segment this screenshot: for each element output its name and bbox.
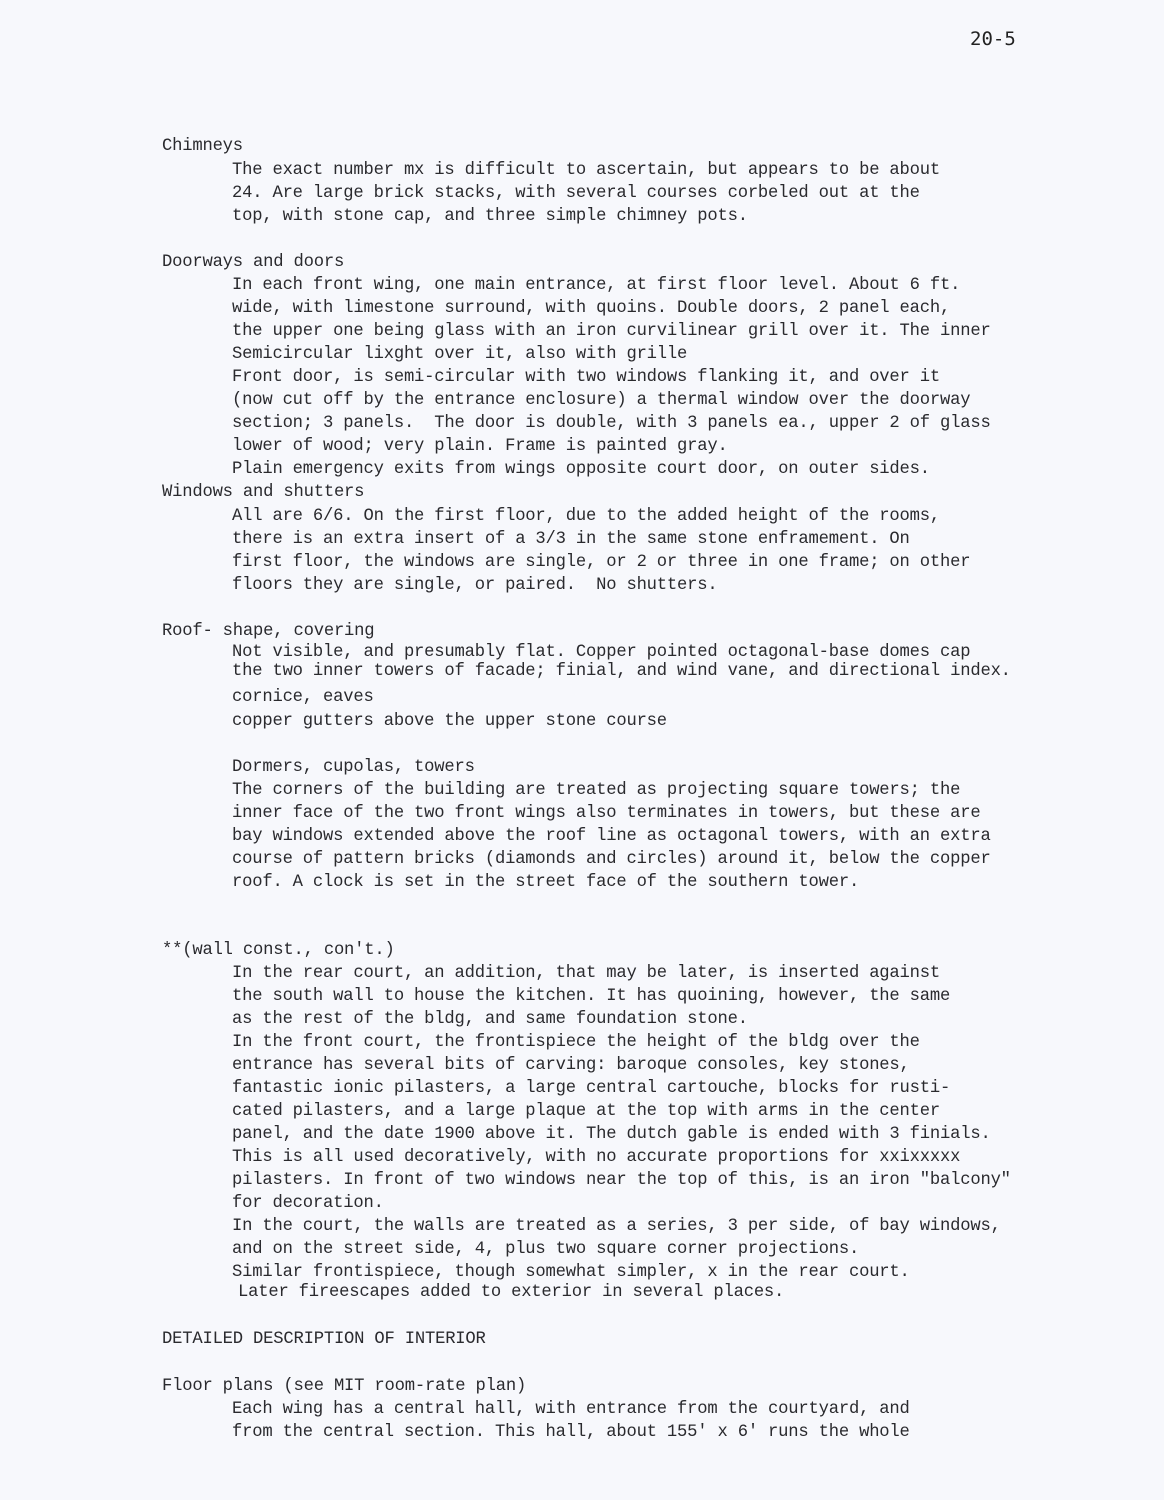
- section-heading-interior: DETAILED DESCRIPTION OF INTERIOR: [162, 1329, 486, 1351]
- text-line: copper gutters above the upper stone cou…: [232, 711, 667, 733]
- text-line: the upper one being glass with an iron c…: [232, 321, 991, 343]
- text-line: The corners of the building are treated …: [232, 780, 960, 802]
- text-line: This is all used decoratively, with no a…: [232, 1147, 960, 1169]
- text-line: (now cut off by the entrance enclosure) …: [232, 390, 970, 412]
- text-line: All are 6/6. On the first floor, due to …: [232, 506, 940, 528]
- text-line: In the front court, the frontispiece the…: [232, 1032, 920, 1054]
- text-line: and on the street side, 4, plus two squa…: [232, 1239, 859, 1261]
- text-line: as the rest of the bldg, and same founda…: [232, 1009, 748, 1031]
- text-line: for decoration.: [232, 1193, 384, 1215]
- text-line: from the central section. This hall, abo…: [232, 1422, 910, 1444]
- text-line: top, with stone cap, and three simple ch…: [232, 206, 748, 228]
- text-line: In the rear court, an addition, that may…: [232, 963, 940, 985]
- text-line: there is an extra insert of a 3/3 in the…: [232, 529, 910, 551]
- text-line: cated pilasters, and a large plaque at t…: [232, 1101, 940, 1123]
- text-line: lower of wood; very plain. Frame is pain…: [232, 436, 728, 458]
- section-heading-windows: Windows and shutters: [162, 482, 364, 504]
- text-line: Front door, is semi-circular with two wi…: [232, 367, 940, 389]
- text-line: Semicircular lixght over it, also with g…: [232, 344, 687, 366]
- text-line: floors they are single, or paired. No sh…: [232, 575, 717, 597]
- subsection-heading-cornice: cornice, eaves: [232, 687, 374, 709]
- text-line: section; 3 panels. The door is double, w…: [232, 413, 991, 435]
- text-line: course of pattern bricks (diamonds and c…: [232, 849, 991, 871]
- text-line: pilasters. In front of two windows near …: [232, 1170, 1011, 1192]
- text-line: In each front wing, one main entrance, a…: [232, 275, 960, 297]
- subsection-heading-dormers: Dormers, cupolas, towers: [232, 757, 475, 779]
- text-line: the south wall to house the kitchen. It …: [232, 986, 950, 1008]
- text-line: The exact number mx is difficult to asce…: [232, 160, 940, 182]
- page-number: 20-5: [970, 28, 1016, 50]
- text-line: first floor, the windows are single, or …: [232, 552, 970, 574]
- text-line: inner face of the two front wings also t…: [232, 803, 980, 825]
- section-heading-floor-plans: Floor plans (see MIT room-rate plan): [162, 1376, 526, 1398]
- text-line: Later fireescapes added to exterior in s…: [238, 1282, 784, 1304]
- text-line: Each wing has a central hall, with entra…: [232, 1399, 910, 1421]
- text-line: wide, with limestone surround, with quoi…: [232, 298, 950, 320]
- section-heading-doorways: Doorways and doors: [162, 252, 344, 274]
- text-line: bay windows extended above the roof line…: [232, 826, 991, 848]
- text-line: Plain emergency exits from wings opposit…: [232, 459, 930, 481]
- text-line: 24. Are large brick stacks, with several…: [232, 183, 920, 205]
- section-heading-chimneys: Chimneys: [162, 136, 243, 158]
- text-line: entrance has several bits of carving: ba…: [232, 1055, 910, 1077]
- text-line: the two inner towers of facade; finial, …: [232, 661, 1011, 683]
- text-line: roof. A clock is set in the street face …: [232, 872, 859, 894]
- section-heading-roof: Roof- shape, covering: [162, 621, 374, 643]
- text-line: fantastic ionic pilasters, a large centr…: [232, 1078, 950, 1100]
- text-line: In the court, the walls are treated as a…: [232, 1216, 1001, 1238]
- text-line: panel, and the date 1900 above it. The d…: [232, 1124, 991, 1146]
- section-heading-wall-const: **(wall const., con't.): [162, 940, 395, 962]
- text-line: Similar frontispiece, though somewhat si…: [232, 1262, 910, 1284]
